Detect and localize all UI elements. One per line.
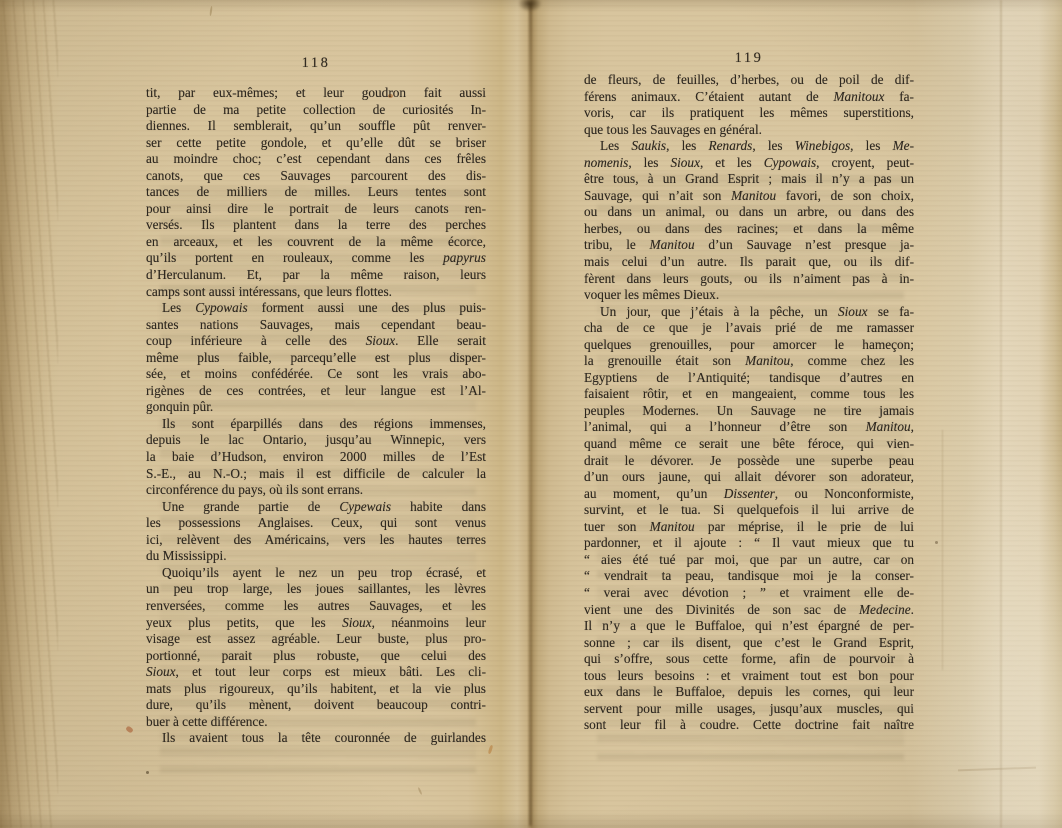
text-line: mais celui d’un autre. Ils parait que, o…: [584, 254, 914, 271]
text-line: “ vendrait ta peau, tandisque moi je la …: [584, 568, 914, 585]
text-line: cha de ce que je l’avais prié de me rama…: [584, 320, 914, 337]
page-number-left: 118: [146, 55, 486, 72]
text-line: depuis le lac Ontario, jusqu’au Winnepic…: [146, 432, 486, 449]
page-number-right: 119: [584, 50, 914, 67]
text-line: Sauvage, qui n’ait son Manitou favori, d…: [584, 188, 914, 205]
paper-speck: [935, 541, 938, 544]
text-line: yeux plus petits, que les Sioux, néanmoi…: [146, 615, 486, 632]
text-line: Ils sont éparpillés dans des régions imm…: [146, 416, 486, 433]
text-line: peuples Modernes. Un Sauvage ne tire jam…: [584, 403, 914, 420]
text-line: faisaient rôtir, et en mangeaient, comme…: [584, 386, 914, 403]
text-line: tribu, le Manitou d’un Sauvage n’est pre…: [584, 237, 914, 254]
gutter-crease: [529, 4, 532, 826]
text-line: gonquin pûr.: [146, 399, 486, 416]
page-119: 119 de fleurs, de feuilles, d’herbes, ou…: [584, 0, 914, 828]
text-line: rigènes de ces contrées, et leur langue …: [146, 383, 486, 400]
text-line: en arceaux, et les couvrent de la même é…: [146, 234, 486, 251]
text-line: santes nations Sauvages, mais cependant …: [146, 317, 486, 334]
page-118-text-block: tit, par eux-mêmes; et leur goudron fait…: [146, 85, 486, 747]
text-line: la baie d’Hudson, environ 2000 milles de…: [146, 449, 486, 466]
text-line: voris, car ils pratiquent les mêmes supe…: [584, 105, 914, 122]
text-line: tous leurs besoins : et vraiment tout es…: [584, 668, 914, 685]
text-line: “ verai avec dévotion ; ” et vraiment el…: [584, 585, 914, 602]
text-line: la grenouille était son Manitou, comme c…: [584, 353, 914, 370]
text-line: Une grande partie de Cypewais habite dan…: [146, 499, 486, 516]
text-line: pardonner, et il ajoute : “ Il vaut mieu…: [584, 535, 914, 552]
text-line: Un jour, que j’étais à la pêche, un Siou…: [584, 304, 914, 321]
text-line: les possessions Anglaises. Ceux, qui son…: [146, 515, 486, 532]
text-line: pour ainsi dire le portrait de leurs can…: [146, 201, 486, 218]
text-line: être tous, à un Grand Esprit ; mais il n…: [584, 171, 914, 188]
text-line: Sioux, et tout leur corps est mieux bâti…: [146, 664, 486, 681]
page-118: 118 tit, par eux-mêmes; et leur goudron …: [146, 0, 486, 828]
binding-notch: [518, 0, 542, 12]
text-line: renversées, comme les autres Sauvages, e…: [146, 598, 486, 615]
text-line: vient une des Divinités de son sac de Me…: [584, 602, 914, 619]
text-line: S.-E., au N.-O.; mais il est difficile d…: [146, 466, 486, 483]
text-line: camps sont aussi intéressans, que leurs …: [146, 284, 486, 301]
text-line: herbes, ou dans des racines; et dans la …: [584, 221, 914, 238]
text-line: versés. Ils plantent dans la terre des p…: [146, 217, 486, 234]
text-line: tit, par eux-mêmes; et leur goudron fait…: [146, 85, 486, 102]
text-line: Ils avaient tous la tête couronnée de gu…: [146, 730, 486, 747]
text-line: ici, relèvent des Américains, vers les h…: [146, 532, 486, 549]
paper-stain: [488, 745, 494, 754]
text-line: Il n’y a que le Buffaloe, qui n’est épar…: [584, 618, 914, 635]
text-line: visage est assez agréable. Leur buste, p…: [146, 631, 486, 648]
text-line: Les Saukis, les Renards, les Winebigos, …: [584, 138, 914, 155]
paper-scratch: [958, 767, 1036, 772]
text-line: même plus faible, parcequ’elle est plus …: [146, 350, 486, 367]
page-119-text-block: de fleurs, de feuilles, d’herbes, ou de …: [584, 72, 914, 734]
text-line: fèrent dans leurs gouts, ou ils n’aiment…: [584, 271, 914, 288]
text-line: canots, que ces Sauvages parcourent des …: [146, 168, 486, 185]
text-line: de fleurs, de feuilles, d’herbes, ou de …: [584, 72, 914, 89]
text-line: d’un ours jaune, qui allait dévorer son …: [584, 469, 914, 486]
text-line: servent pour mille usages, jusqu’aux mus…: [584, 701, 914, 718]
text-line: dure, qu’ils mènent, doivent beaucoup co…: [146, 697, 486, 714]
text-line: qui s’offre, sous cette forme, afin de p…: [584, 651, 914, 668]
text-line: d’Herculanum. Et, par la même raison, le…: [146, 267, 486, 284]
text-line: buer à cette différence.: [146, 714, 486, 731]
text-line: Quoiqu’ils ayent le nez un peu trop écra…: [146, 565, 486, 582]
text-line: au moment, qu’un Dissenter, ou Nonconfor…: [584, 486, 914, 503]
text-line: quand même ce serait une bête féroce, qu…: [584, 436, 914, 453]
text-line: du Mississippi.: [146, 548, 486, 565]
text-line: sée, et moins confédérée. Ce sont les vr…: [146, 366, 486, 383]
paper-deckle-edge-left: [0, 0, 58, 828]
text-line: “ aies été tué par moi, que par un autre…: [584, 552, 914, 569]
text-line: drait le dévorer. Je possède une superbe…: [584, 453, 914, 470]
text-line: eux dans le Buffaloe, depuis les cornes,…: [584, 684, 914, 701]
text-line: nomenis, les Sioux, et les Cypowais, cro…: [584, 155, 914, 172]
text-line: qu’ils portent en rouleaux, comme les pa…: [146, 250, 486, 267]
text-line: au moindre choc; c’est cependant dans ce…: [146, 151, 486, 168]
text-line: ser cette petite gondole, et qu’elle dût…: [146, 135, 486, 152]
paper-crease-line: [942, 430, 943, 670]
text-line: Egyptiens de l’Antiquité; tandisque d’au…: [584, 370, 914, 387]
text-line: coup inférieure à celle des Sioux. Elle …: [146, 333, 486, 350]
text-line: survint, et le tua. Si quelquefois il lu…: [584, 502, 914, 519]
underpage-edge-seam: [1000, 0, 1002, 828]
text-line: férens animaux. C’étaient autant de Mani…: [584, 89, 914, 106]
text-line: partie de ma petite collection de curios…: [146, 102, 486, 119]
paper-stain: [125, 725, 134, 733]
text-line: tuer son Manitou par méprise, il le prie…: [584, 519, 914, 536]
text-line: ou dans un animal, ou dans un arbre, ou …: [584, 204, 914, 221]
text-line: voquer les mêmes Dieux.: [584, 287, 914, 304]
text-line: sont leur fil à coudre. Cette doctrine f…: [584, 717, 914, 734]
text-line: tances de milliers de milles. Leurs tent…: [146, 184, 486, 201]
text-line: sonne ; car ils disent, que c’est le Gra…: [584, 635, 914, 652]
text-line: mats plus rigoureux, qu’ils habitent, et…: [146, 681, 486, 698]
text-line: un peu trop large, les joues saillantes,…: [146, 581, 486, 598]
text-line: que tous les Sauvages en général.: [584, 122, 914, 139]
text-line: Les Cypowais forment aussi une des plus …: [146, 300, 486, 317]
text-line: quelques grenouilles, pour amorcer le ha…: [584, 337, 914, 354]
text-line: l’animal, qui a l’honneur d’être son Man…: [584, 419, 914, 436]
text-line: portionné, parait plus robuste, que celu…: [146, 648, 486, 665]
book-spread: 118 tit, par eux-mêmes; et leur goudron …: [0, 0, 1062, 828]
text-line: circonférence du pays, où ils sont erran…: [146, 482, 486, 499]
text-line: diennes. Il semblerait, qu’un souffle pû…: [146, 118, 486, 135]
